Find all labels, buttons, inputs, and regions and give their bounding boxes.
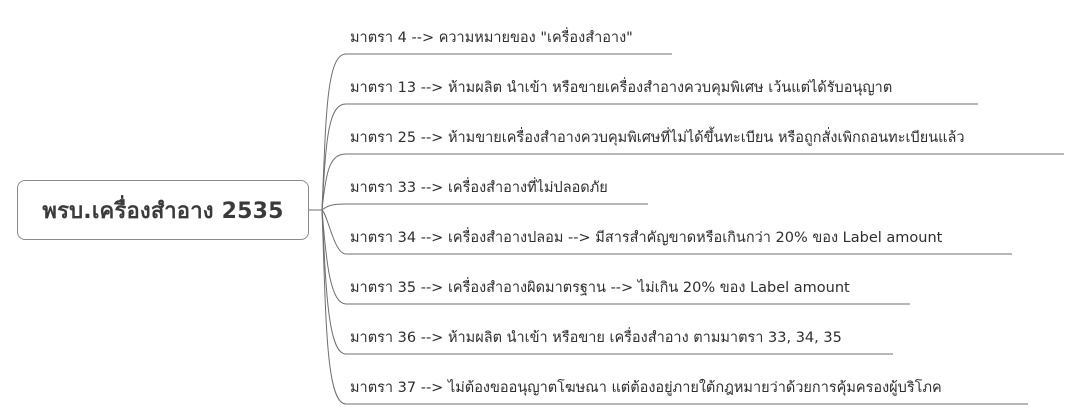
branch-section-25[interactable]: มาตรา 25 --> ห้ามขายเครื่องสำอางควบคุมพิ… xyxy=(350,128,964,148)
branch-section-37[interactable]: มาตรา 37 --> ไม่ต้องขออนุญาตโฆษณา แต่ต้อ… xyxy=(350,378,942,398)
branch-section-34[interactable]: มาตรา 34 --> เครื่องสำอางปลอม --> มีสารส… xyxy=(350,228,942,248)
branch-section-13[interactable]: มาตรา 13 --> ห้ามผลิต นำเข้า หรือขายเครื… xyxy=(350,78,892,98)
branch-section-36[interactable]: มาตรา 36 --> ห้ามผลิต นำเข้า หรือขาย เคร… xyxy=(350,328,842,348)
root-label: พรบ.เครื่องสำอาง 2535 xyxy=(42,193,283,228)
branch-section-33[interactable]: มาตรา 33 --> เครื่องสำอางที่ไม่ปลอดภัย xyxy=(350,178,608,198)
root-node[interactable]: พรบ.เครื่องสำอาง 2535 xyxy=(17,180,309,240)
branch-section-4[interactable]: มาตรา 4 --> ความหมายของ "เครื่องสำอาง" xyxy=(350,28,633,48)
branch-section-35[interactable]: มาตรา 35 --> เครื่องสำอางผิดมาตรฐาน --> … xyxy=(350,278,850,298)
